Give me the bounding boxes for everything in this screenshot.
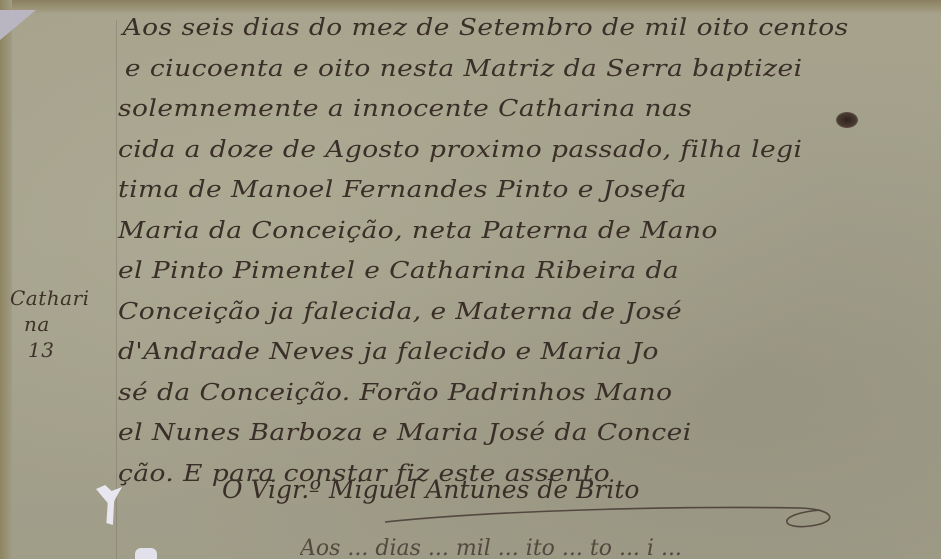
record-line: cida a doze de Agosto proximo passado, f… <box>118 130 802 171</box>
margin-note-number: 13 <box>10 337 90 363</box>
record-line: d'Andrade Neves ja falecido e Maria Jo <box>118 332 659 373</box>
record-line: solemnemente a innocente Catharina nas <box>118 89 692 130</box>
record-line: el Pinto Pimentel e Catharina Ribeira da <box>118 251 679 292</box>
margin-note-name-2: na <box>10 311 90 337</box>
record-line: Maria da Conceição, neta Paterna de Mano <box>118 211 718 252</box>
record-line: Aos seis dias do mez de Setembro de mil … <box>118 8 849 49</box>
record-line: el Nunes Barboza e Maria José da Concei <box>118 413 692 454</box>
record-line: Conceição ja falecida, e Materna de José <box>118 292 682 333</box>
manuscript-page: Cathari na 13 Aos seis dias do mez de Se… <box>0 0 941 559</box>
margin-note-name-1: Cathari <box>10 285 90 311</box>
record-body: Aos seis dias do mez de Setembro de mil … <box>118 8 933 494</box>
page-corner <box>0 10 36 40</box>
record-line: sé da Conceição. Forão Padrinhos Mano <box>118 373 673 414</box>
next-entry-fragment: Aos ... dias ... mil ... ito ... to ... … <box>300 538 920 559</box>
record-line: tima de Manoel Fernandes Pinto e Josefa <box>118 170 687 211</box>
record-line: e ciucoenta e oito nesta Matriz da Serra… <box>118 49 803 90</box>
paper-tear-small <box>135 548 157 559</box>
signature-flourish <box>380 500 850 530</box>
page-left-edge <box>0 0 12 559</box>
margin-rule-line <box>116 20 117 559</box>
margin-note: Cathari na 13 <box>10 285 90 363</box>
